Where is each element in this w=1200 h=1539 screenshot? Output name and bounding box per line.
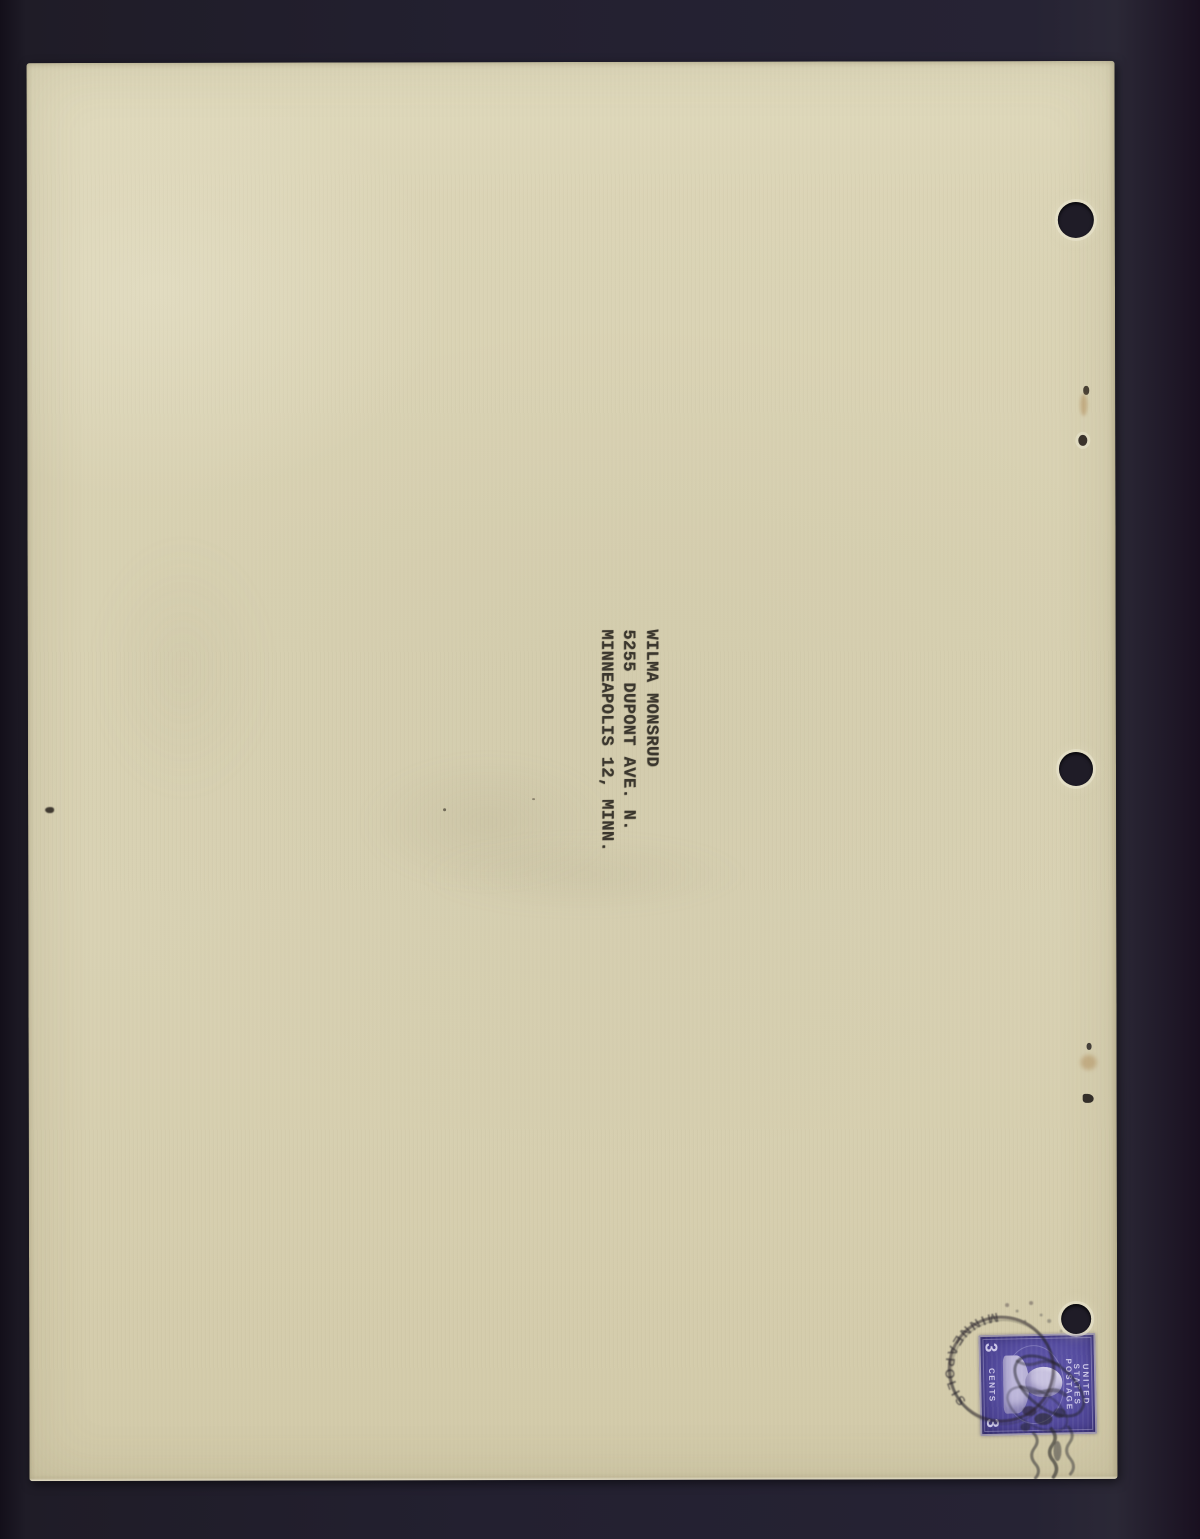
envelope-paper: WILMA MONSRUD 5255 DUPONT AVE. N. MINNEA… xyxy=(27,61,1118,1481)
address-line-name: WILMA MONSRUD xyxy=(639,629,662,874)
stain-spot xyxy=(1087,1043,1092,1050)
punch-hole xyxy=(1061,1304,1091,1334)
killer-wave xyxy=(1067,1427,1074,1474)
punch-hole xyxy=(1058,202,1094,238)
rust-stain xyxy=(1080,394,1087,416)
paper-mottling xyxy=(358,752,618,893)
paper-mottling xyxy=(418,832,748,918)
stain-spot xyxy=(1083,1094,1094,1103)
ink-dot xyxy=(443,808,446,811)
rust-stain xyxy=(1081,1055,1097,1070)
stain-spot xyxy=(1078,435,1087,446)
oval-cancel-smear xyxy=(1000,1378,1074,1440)
address-line-street: 5255 DUPONT AVE. N. xyxy=(616,629,639,874)
punch-hole xyxy=(1059,752,1093,786)
address-line-city: MINNEAPOLIS 12, MINN. xyxy=(594,629,617,874)
svg-text:MINNEAPOLIS: MINNEAPOLIS xyxy=(942,1310,1000,1412)
stain-spot xyxy=(45,807,54,813)
typed-address-block: WILMA MONSRUD 5255 DUPONT AVE. N. MINNEA… xyxy=(593,629,662,874)
paper-mottling xyxy=(88,533,279,803)
killer-wave xyxy=(1032,1433,1039,1478)
ink-dot xyxy=(532,798,535,800)
postmark-city-text: MINNEAPOLIS xyxy=(942,1310,1000,1412)
